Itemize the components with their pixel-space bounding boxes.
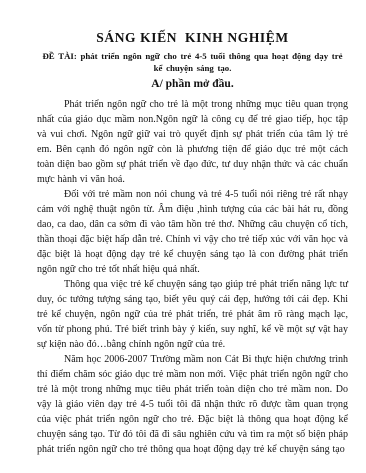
section-heading: A/ phần mở đầu. xyxy=(37,78,348,90)
document-body: Phát triển ngôn ngữ cho trẻ là một trong… xyxy=(37,97,348,457)
document-title: SÁNG KIẾN KINH NGHIỆM xyxy=(37,30,348,46)
paragraph-2: Đối với trẻ mầm non nói chung và trẻ 4-5… xyxy=(37,187,348,277)
topic-line-1: ĐỀ TÀI: phát triển ngôn ngữ cho trẻ 4-5 … xyxy=(42,51,342,61)
document-page: SÁNG KIẾN KINH NGHIỆM ĐỀ TÀI: phát triển… xyxy=(0,0,366,473)
topic-line-2: kể chuyện sáng tạo. xyxy=(154,63,232,73)
paragraph-4: Năm học 2006-2007 Trường mầm non Cát Bi … xyxy=(37,352,348,457)
paragraph-1: Phát triển ngôn ngữ cho trẻ là một trong… xyxy=(37,97,348,187)
paragraph-3: Thông qua việc trẻ kể chuyện sáng tạo gi… xyxy=(37,277,348,352)
document-topic: ĐỀ TÀI: phát triển ngôn ngữ cho trẻ 4-5 … xyxy=(37,51,348,75)
